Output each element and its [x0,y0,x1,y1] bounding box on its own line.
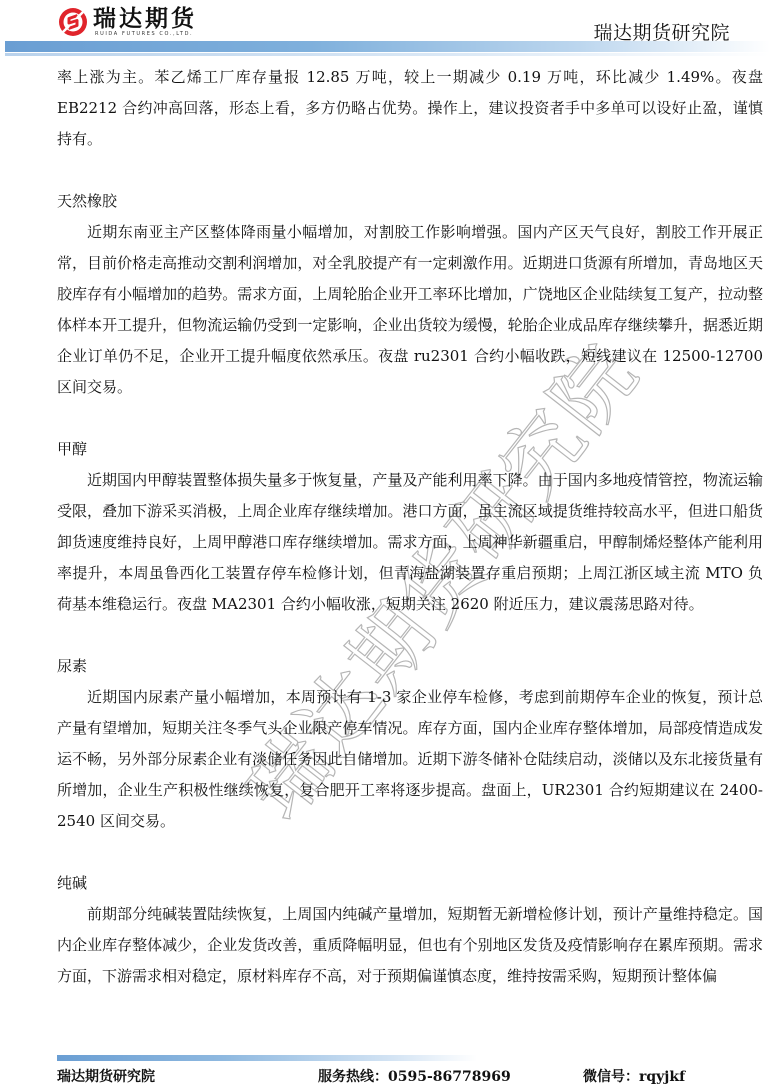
intro-paragraph: 率上涨为主。苯乙烯工厂库存量报 12.85 万吨，较上一期减少 0.19 万吨，… [57,62,763,155]
footer-gradient-bar [57,1055,477,1061]
footer-institute: 瑞达期货研究院 [57,1066,155,1086]
section-body-methanol: 近期国内甲醇装置整体损失量多于恢复量，产量及产能利用率下降。由于国内多地疫情管控… [57,465,763,620]
section-body-soda-ash: 前期部分纯碱装置陆续恢复，上周国内纯碱产量增加，短期暂无新增检修计划，预计产量维… [57,899,763,992]
section-heading-rubber: 天然橡胶 [57,186,763,217]
header-gradient-bar [5,41,770,52]
section-body-rubber: 近期东南亚主产区整体降雨量小幅增加，对割胶工作影响增强。国内产区天气良好，割胶工… [57,217,763,403]
logo-english-text: RUIDA FUTURES CO.,LTD. [95,31,197,38]
section-body-urea: 近期国内尿素产量小幅增加，本周预计有 1-3 家企业停车检修，考虑到前期停车企业… [57,682,763,837]
logo-chinese-text: 瑞达期货 [93,7,197,31]
report-body: 率上涨为主。苯乙烯工厂库存量报 12.85 万吨，较上一期减少 0.19 万吨，… [57,62,763,992]
header-gradient-underline [5,53,770,56]
ruida-logo-icon [57,6,89,38]
section-heading-methanol: 甲醇 [57,434,763,465]
company-logo: 瑞达期货 RUIDA FUTURES CO.,LTD. [57,4,197,40]
section-heading-urea: 尿素 [57,651,763,682]
footer-hotline: 服务热线：0595-86778969 [318,1066,511,1086]
page-header: 瑞达期货 RUIDA FUTURES CO.,LTD. 瑞达期货研究院 [0,0,770,60]
section-heading-soda-ash: 纯碱 [57,868,763,899]
footer-wechat: 微信号：rqyjkf [583,1066,685,1086]
